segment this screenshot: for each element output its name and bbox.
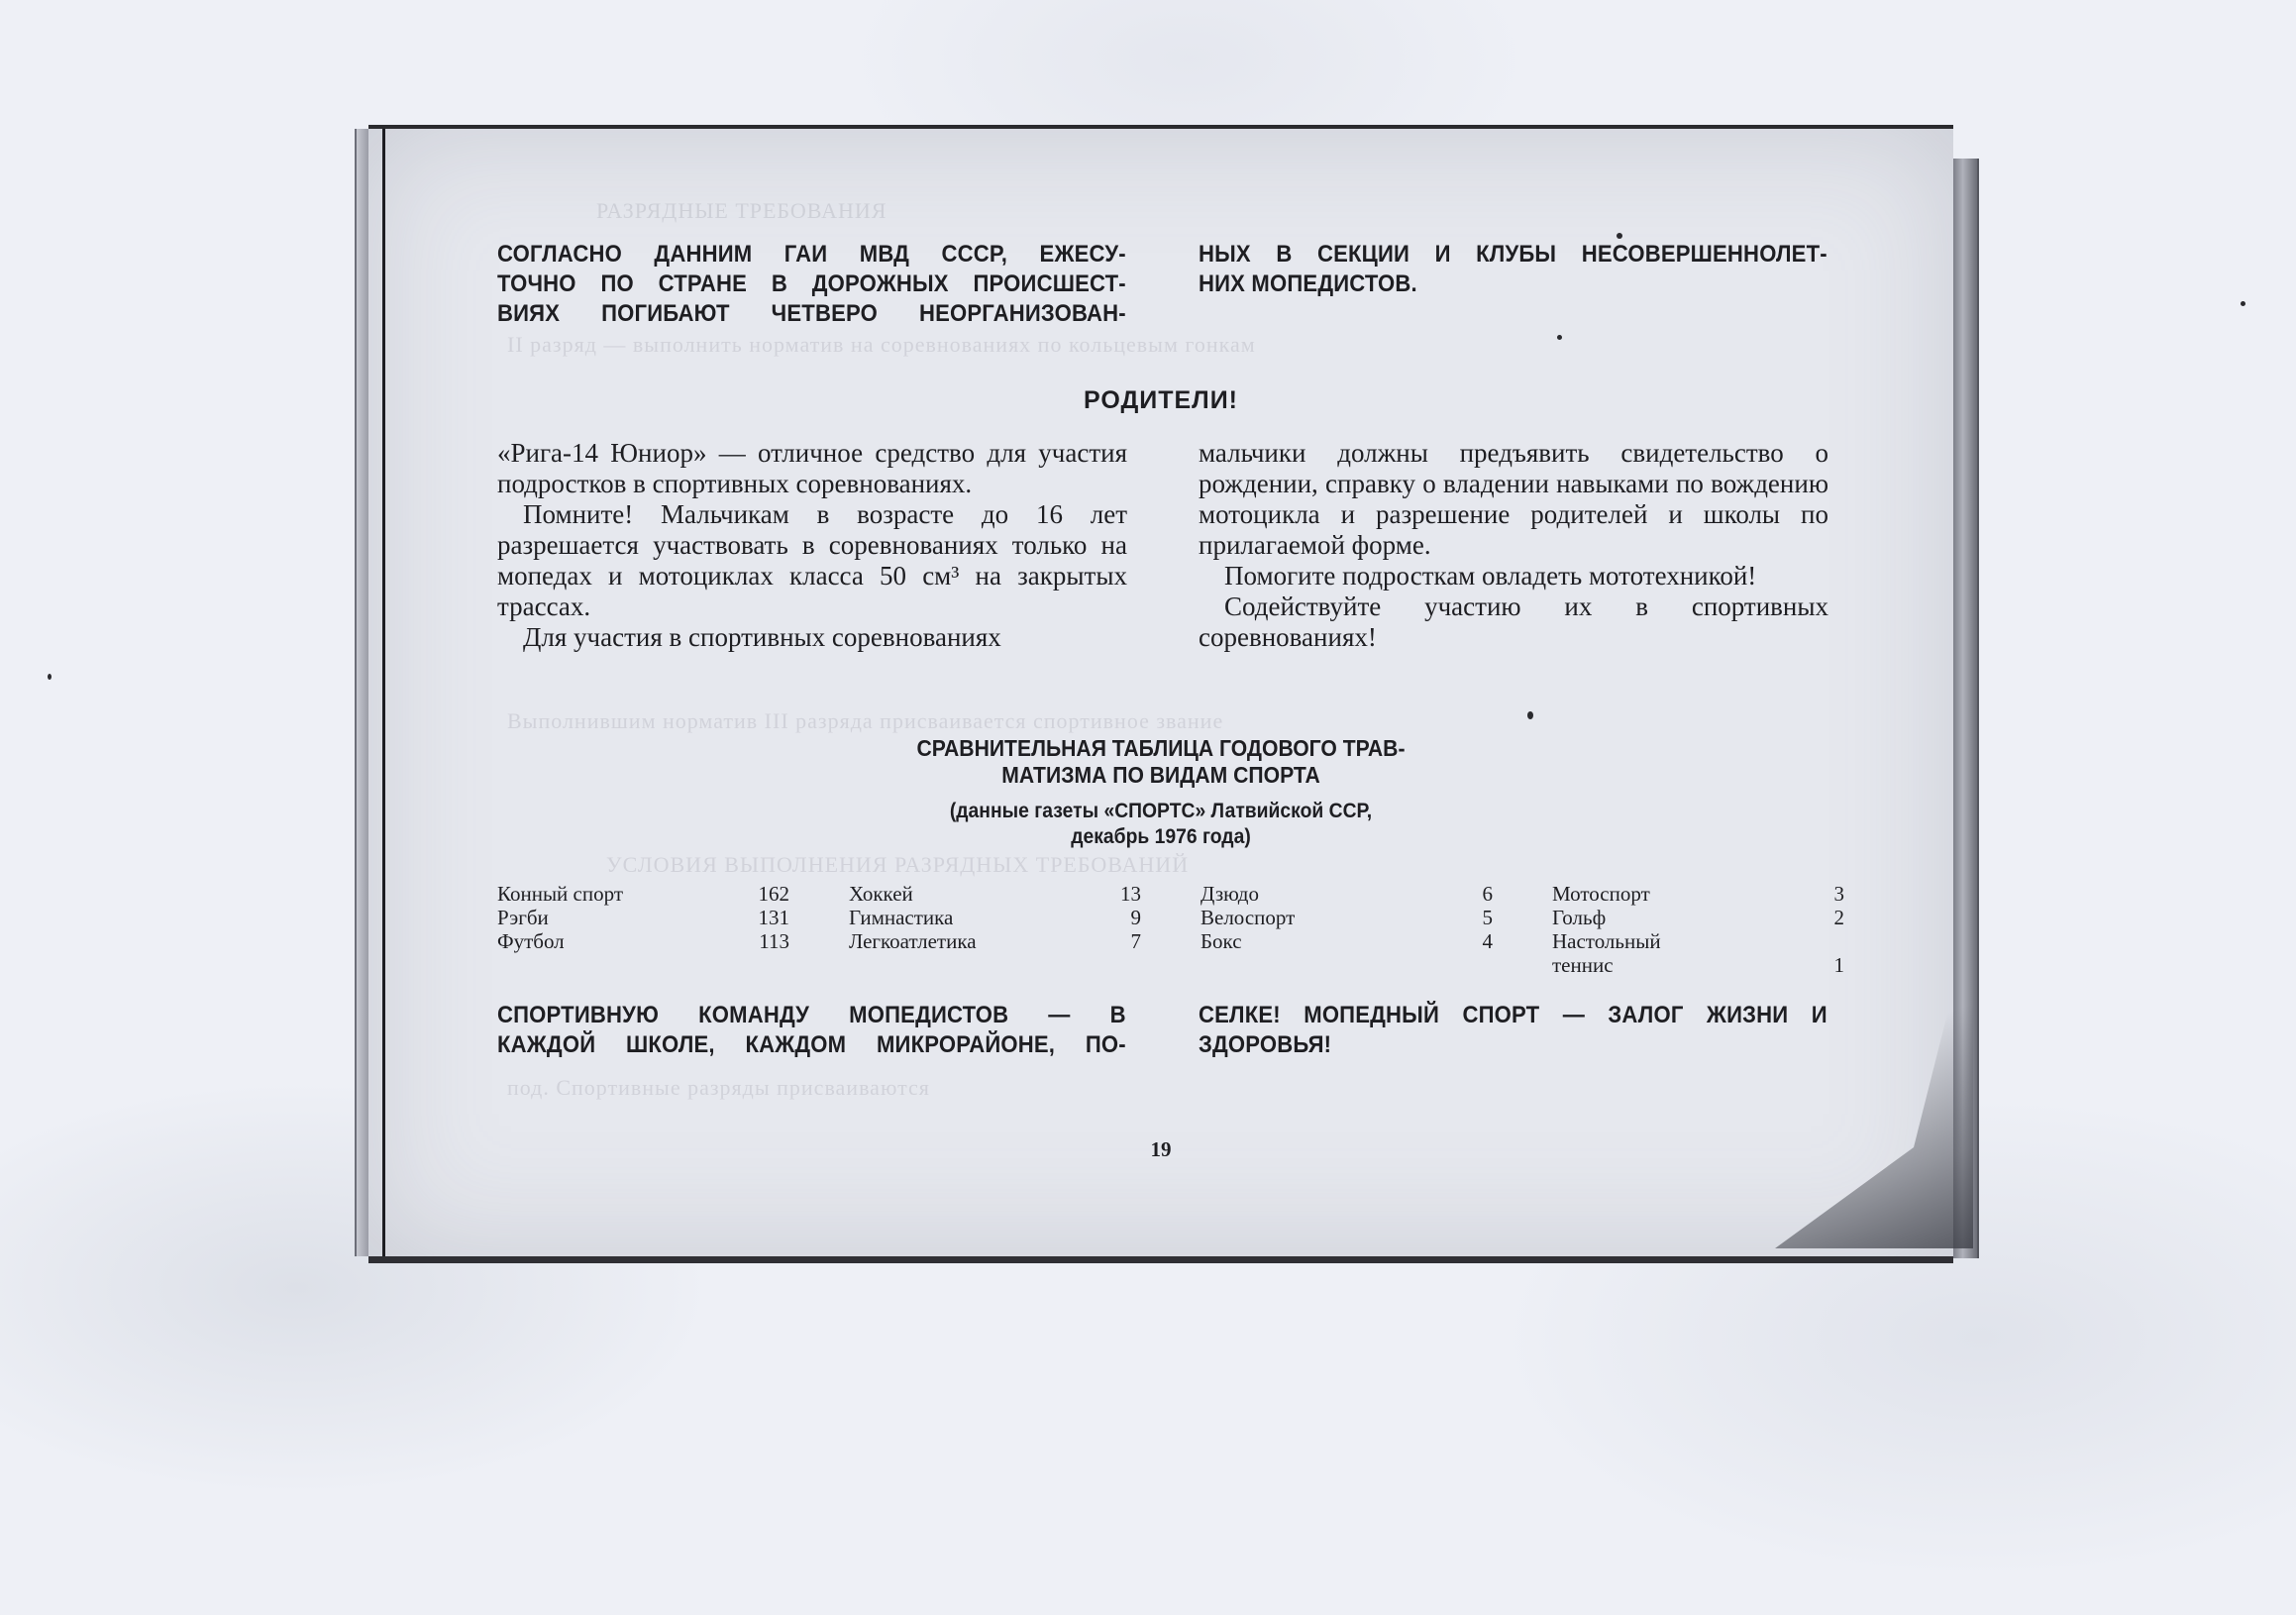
- table-source-line: декабрь 1976 года): [887, 824, 1434, 850]
- text-line: ТОЧНО ПО СТРАНЕ В ДОРОЖНЫХ ПРОИСШЕСТ-: [497, 269, 1126, 299]
- sport-name: Легкоатлетика: [849, 929, 977, 953]
- injury-count: 4: [1453, 929, 1493, 953]
- body-right-column: мальчики должны предъявить свидетельство…: [1199, 438, 1828, 653]
- sport-name: Велоспорт: [1200, 906, 1295, 929]
- sport-name: Рэгби: [497, 906, 549, 929]
- text-line: НИХ МОПЕДИСТОВ.: [1199, 269, 1827, 299]
- text-line: НЫХ В СЕКЦИИ И КЛУБЫ НЕСОВЕРШЕННОЛЕТ-: [1199, 240, 1827, 269]
- sport-name: Гольф: [1552, 906, 1606, 929]
- stats-column: Хоккей13 Гимнастика9 Легкоатлетика7: [849, 882, 1141, 977]
- injury-count: 2: [1805, 906, 1844, 929]
- table-row: Велоспорт5: [1200, 906, 1493, 929]
- sport-name: Хоккей: [849, 882, 913, 906]
- sport-name: Дзюдо: [1200, 882, 1259, 906]
- bleed-through-text: УСЛОВИЯ ВЫПОЛНЕНИЯ РАЗРЯДНЫХ ТРЕБОВАНИЙ: [606, 852, 1189, 878]
- paragraph: Содействуйте участию их в спортивных сор…: [1199, 592, 1828, 653]
- page-spine: [382, 129, 385, 1256]
- sport-name: Бокс: [1200, 929, 1242, 953]
- paragraph: Помните! Мальчикам в возрасте до 16 лет …: [497, 499, 1127, 622]
- text-line: СЕЛКЕ! МОПЕДНЫЙ СПОРТ — ЗАЛОГ ЖИЗНИ И: [1199, 1001, 1827, 1030]
- injury-count: 13: [1101, 882, 1141, 906]
- booklet-page: РАЗРЯДНЫЕ ТРЕБОВАНИЯ II разряд — выполни…: [368, 125, 1953, 1263]
- injury-count: 113: [750, 929, 789, 953]
- table-title: СРАВНИТЕЛЬНАЯ ТАБЛИЦА ГОДОВОГО ТРАВ- МАТ…: [887, 735, 1434, 850]
- intro-caps-right: НЫХ В СЕКЦИИ И КЛУБЫ НЕСОВЕРШЕННОЛЕТ- НИ…: [1199, 240, 1827, 299]
- table-title-line: СРАВНИТЕЛЬНАЯ ТАБЛИЦА ГОДОВОГО ТРАВ-: [887, 735, 1434, 762]
- paragraph: Помогите подросткам овладеть мототехнико…: [1199, 561, 1828, 592]
- injury-count: 131: [750, 906, 789, 929]
- sport-name: Гимнастика: [849, 906, 953, 929]
- text-line: СПОРТИВНУЮ КОМАНДУ МОПЕДИСТОВ — В: [497, 1001, 1126, 1030]
- table-title-line: МАТИЗМА ПО ВИДАМ СПОРТА: [887, 762, 1434, 789]
- table-row: Настольный теннис1: [1552, 929, 1844, 977]
- injury-count: 162: [750, 882, 789, 906]
- text-line: ВИЯХ ПОГИБАЮТ ЧЕТВЕРО НЕОРГАНИЗОВАН-: [497, 299, 1126, 329]
- stats-column: Дзюдо6 Велоспорт5 Бокс4: [1200, 882, 1493, 977]
- paragraph: Для участия в спортивных соревнованиях: [497, 622, 1127, 653]
- injury-count: 6: [1453, 882, 1493, 906]
- ink-speck: [2241, 301, 2245, 306]
- table-row: Рэгби131: [497, 906, 789, 929]
- ink-speck: [1557, 335, 1562, 340]
- table-row: Бокс4: [1200, 929, 1493, 953]
- text-line: СОГЛАСНО ДАННИМ ГАИ МВД СССР, ЕЖЕСУ-: [497, 240, 1126, 269]
- page-number: 19: [368, 1137, 1953, 1162]
- intro-caps-left: СОГЛАСНО ДАННИМ ГАИ МВД СССР, ЕЖЕСУ- ТОЧ…: [497, 240, 1126, 329]
- table-row: Гимнастика9: [849, 906, 1141, 929]
- ink-speck: [1617, 233, 1622, 239]
- table-row: Дзюдо6: [1200, 882, 1493, 906]
- bleed-through-text: II разряд — выполнить норматив на соревн…: [507, 332, 1256, 358]
- injury-count: 7: [1101, 929, 1141, 953]
- sport-name: Конный спорт: [497, 882, 623, 906]
- table-row: Конный спорт162: [497, 882, 789, 906]
- injury-count: 3: [1805, 882, 1844, 906]
- text-line: КАЖДОЙ ШКОЛЕ, КАЖДОМ МИКРОРАЙОНЕ, ПО-: [497, 1030, 1126, 1060]
- ink-speck: [48, 674, 52, 680]
- injury-stats-table: Конный спорт162 Рэгби131 Футбол113 Хокке…: [497, 882, 1844, 977]
- closing-caps-left: СПОРТИВНУЮ КОМАНДУ МОПЕДИСТОВ — В КАЖДОЙ…: [497, 1001, 1126, 1060]
- stats-column: Мотоспорт3 Гольф2 Настольный теннис1: [1552, 882, 1844, 977]
- body-left-column: «Рига-14 Юниор» — отличное средство для …: [497, 438, 1127, 653]
- table-row: Мотоспорт3: [1552, 882, 1844, 906]
- injury-count: 5: [1453, 906, 1493, 929]
- table-row: Гольф2: [1552, 906, 1844, 929]
- text-line: ЗДОРОВЬЯ!: [1199, 1030, 1827, 1060]
- ink-speck: [1527, 711, 1533, 719]
- stats-column: Конный спорт162 Рэгби131 Футбол113: [497, 882, 789, 977]
- sport-name: Футбол: [497, 929, 565, 953]
- sport-name: Мотоспорт: [1552, 882, 1650, 906]
- table-row: Хоккей13: [849, 882, 1141, 906]
- injury-count: 1: [1805, 953, 1844, 977]
- table-source: (данные газеты «СПОРТС» Латвийской ССР, …: [887, 799, 1434, 850]
- table-row: Футбол113: [497, 929, 789, 953]
- bleed-through-text: под. Спортивные разряды присваиваются: [507, 1075, 930, 1101]
- section-heading: РОДИТЕЛИ!: [368, 386, 1953, 415]
- closing-caps-right: СЕЛКЕ! МОПЕДНЫЙ СПОРТ — ЗАЛОГ ЖИЗНИ И ЗД…: [1199, 1001, 1827, 1060]
- paragraph: «Рига-14 Юниор» — отличное средство для …: [497, 438, 1127, 499]
- table-source-line: (данные газеты «СПОРТС» Латвийской ССР,: [887, 799, 1434, 824]
- paragraph: мальчики должны предъявить свидетельство…: [1199, 438, 1828, 561]
- sport-name: Настольный теннис: [1552, 929, 1711, 977]
- table-row: Легкоатлетика7: [849, 929, 1141, 953]
- bleed-through-text: РАЗРЯДНЫЕ ТРЕБОВАНИЯ: [596, 198, 887, 224]
- bleed-through-text: Выполнившим норматив III разряда присваи…: [507, 708, 1223, 734]
- injury-count: 9: [1101, 906, 1141, 929]
